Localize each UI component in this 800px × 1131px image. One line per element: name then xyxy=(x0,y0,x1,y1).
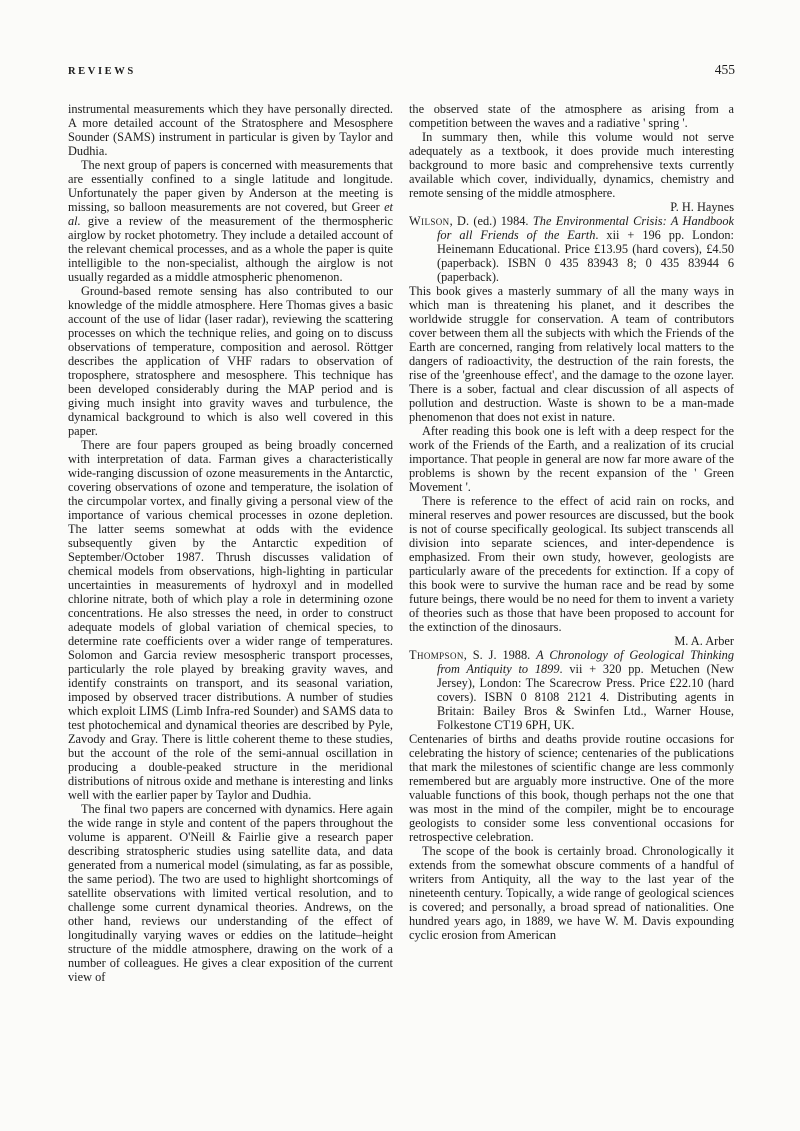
body-paragraph: The next group of papers is concerned wi… xyxy=(68,158,393,284)
body-paragraph: After reading this book one is left with… xyxy=(409,424,734,494)
page-header: REVIEWS 455 xyxy=(68,62,735,78)
text-segment: M. A. Arber xyxy=(674,634,734,648)
text-segment: The scope of the book is certainly broad… xyxy=(409,844,734,942)
text-segment: This book gives a masterly summary of al… xyxy=(409,284,734,424)
body-paragraph: The final two papers are concerned with … xyxy=(68,802,393,984)
text-segment: P. H. Haynes xyxy=(670,200,734,214)
text-segment: Thompson xyxy=(409,648,464,662)
reviewer-signature: P. H. Haynes xyxy=(409,200,734,214)
text-segment: instrumental measurements which they hav… xyxy=(68,102,393,158)
body-paragraph: Ground-based remote sensing has also con… xyxy=(68,284,393,438)
body-paragraph: In summary then, while this volume would… xyxy=(409,130,734,200)
reviewer-signature: M. A. Arber xyxy=(409,634,734,648)
text-segment: The final two papers are concerned with … xyxy=(68,802,393,984)
text-segment: , S. J. 1988. xyxy=(464,648,536,662)
text-segment: There is reference to the effect of acid… xyxy=(409,494,734,634)
body-paragraph: Centenaries of births and deaths provide… xyxy=(409,732,734,844)
text-segment: give a review of the measurement of the … xyxy=(68,214,393,284)
text-segment: There are four papers grouped as being b… xyxy=(68,438,393,802)
text-segment: the observed state of the atmosphere as … xyxy=(409,102,734,130)
body-paragraph: instrumental measurements which they hav… xyxy=(68,102,393,158)
text-segment: Centenaries of births and deaths provide… xyxy=(409,732,734,844)
text-segment: The next group of papers is concerned wi… xyxy=(68,158,393,214)
body-paragraph: There is reference to the effect of acid… xyxy=(409,494,734,634)
body-paragraph: The scope of the book is certainly broad… xyxy=(409,844,734,942)
text-segment: Ground-based remote sensing has also con… xyxy=(68,284,393,438)
running-head: REVIEWS xyxy=(68,66,136,77)
body-paragraph: This book gives a masterly summary of al… xyxy=(409,284,734,424)
book-citation: Thompson, S. J. 1988. A Chronology of Ge… xyxy=(409,648,734,732)
text-segment: , D. (ed.) 1984. xyxy=(450,214,533,228)
body-paragraph: There are four papers grouped as being b… xyxy=(68,438,393,802)
text-segment: After reading this book one is left with… xyxy=(409,424,734,494)
journal-page: REVIEWS 455 instrumental measurements wh… xyxy=(0,0,800,1131)
text-segment: In summary then, while this volume would… xyxy=(409,130,734,200)
left-column: instrumental measurements which they hav… xyxy=(68,102,393,984)
book-citation: Wilson, D. (ed.) 1984. The Environmental… xyxy=(409,214,734,284)
text-columns: instrumental measurements which they hav… xyxy=(68,102,735,984)
page-number: 455 xyxy=(715,62,735,78)
text-segment: Wilson xyxy=(409,214,450,228)
body-paragraph: the observed state of the atmosphere as … xyxy=(409,102,734,130)
right-column: the observed state of the atmosphere as … xyxy=(409,102,734,984)
